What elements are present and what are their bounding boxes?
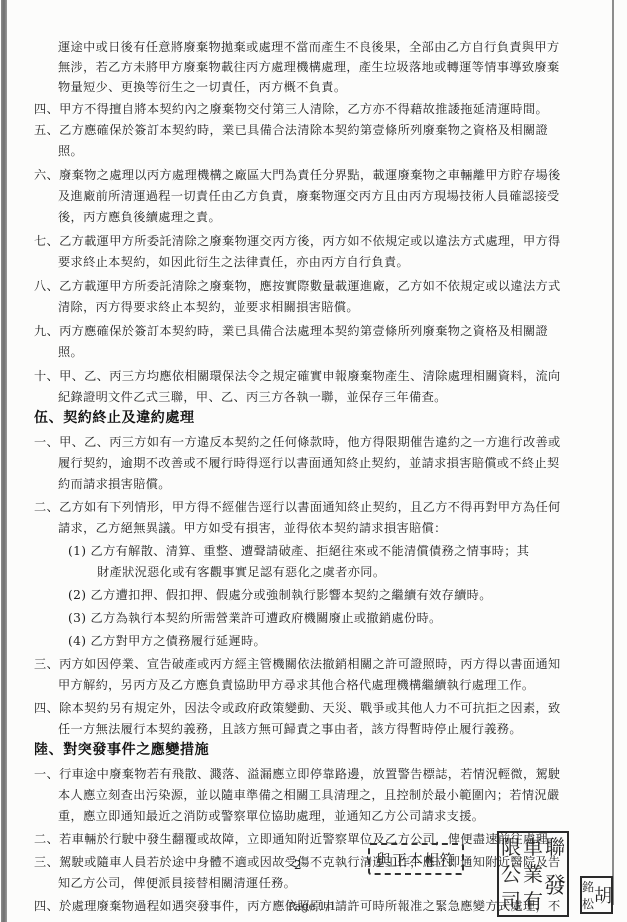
text-line: 本人應立刻查出污染源，並以隨車準備之相關工具清理之，且控制於最小範圍內；若情況嚴 <box>58 787 560 803</box>
text-line: 請求，乙方絕無異議。甲方如受有損害，並得依本契約請求損害賠償： <box>58 520 447 536</box>
text-line: 二、乙方如有下列情形，甲方得不經催告逕行以書面通知終止契約，且乙方不得再對甲方為… <box>34 499 561 515</box>
text-line: 三、丙方如因停業、宣告破產或丙方經主管機關依法撤銷相關之許可證照時，丙方得以書面… <box>34 656 561 672</box>
text-line: 四、甲方不得擅自將本契約內之廢棄物交付第三人清除，乙方亦不得藉故推諉拖延清運時間… <box>34 101 548 117</box>
certified-copy-stamp-text: 與正本相符 <box>376 849 456 870</box>
text-line: 二、若車輛於行駛中發生翻覆或故障，立即通知附近警察單位及乙方公司，俾便盡速前往處… <box>34 831 561 847</box>
scan-right-edge <box>612 0 614 905</box>
text-line: 物量短少、更換等衍生之一切責任，丙方概不負責。 <box>58 79 346 95</box>
text-line: 甲方解約，另丙方及乙方應負責協助甲方尋求其他合格代處理機構繼續執行處理工作。 <box>58 677 534 693</box>
text-line: 照。 <box>58 143 83 159</box>
text-line: 照。 <box>58 344 83 360</box>
page-footer: Page 1/1 <box>288 900 336 913</box>
text-line: 無涉，若乙方未將甲方廢棄物載往丙方處理機構處理，產生垃圾落地或轉運等情事導致廢棄 <box>58 59 560 75</box>
text-line: 清除，丙方得要求終止本契約，並要求相關損害賠償。 <box>58 299 359 315</box>
scan-left-edge <box>1 0 7 922</box>
text-line: (4) 乙方對甲方之債務履行延遲時。 <box>68 633 266 649</box>
text-line: 後，丙方應負後續處理之責。 <box>58 209 221 225</box>
company-seal-char: 司 <box>500 887 522 914</box>
text-line: 八、乙方載運甲方所委託清除之廢棄物，應按實際數量載運進廠，乙方如不依規定或以違法… <box>34 278 561 294</box>
company-seal-char: 公 <box>500 861 522 888</box>
certified-copy-stamp: 與正本相符 <box>368 843 464 875</box>
text-line: 履行契約，逾期不改善或不履行時得逕行以書面通知終止契約，並請求損害賠償或不終止契 <box>58 455 560 471</box>
text-line: (2) 乙方遭扣押、假扣押、假處分或強制執行影響本契約之繼續有效存續時。 <box>68 587 492 603</box>
text-line: 四、除本契約另有規定外，因法令或政府政策變動、天災、戰爭或其他人力不可抗拒之因素… <box>34 700 561 716</box>
page-number: 2 <box>294 858 302 872</box>
text-line: 十、甲、乙、丙三方均應依相關環保法令之規定確實申報廢棄物產生、清除處理相關資料，… <box>34 368 561 384</box>
text-line: (1) 乙方有解散、清算、重整、遭聲請破產、拒絕往來或不能清償債務之情事時；其 <box>68 543 529 559</box>
section-heading: 陸、對突發事件之應變措施 <box>34 742 209 758</box>
personal-seal-char: 銘 <box>582 878 594 895</box>
company-seal-char: 發 <box>544 861 566 914</box>
company-seal-char: 聯 <box>544 834 566 861</box>
document-page: 運途中或日後有任意將廢棄物拋棄或處理不當而產生不良後果，全部由乙方自行負責與甲方… <box>0 0 627 922</box>
company-seal-char: 車 <box>522 834 544 861</box>
text-line: (3) 乙方為執行本契約所需營業許可遭政府機關廢止或撤銷處份時。 <box>68 610 442 626</box>
text-line: 知乙方公司，俾便派員接替相關清運任務。 <box>58 875 296 891</box>
section-heading: 伍、契約終止及違約處理 <box>34 410 195 426</box>
text-line: 一、甲、乙、丙三方如有一方違反本契約之任何條款時，他方得限期催告違約之一方進行改… <box>34 434 561 450</box>
text-line: 約而請求損害賠償。 <box>58 476 171 492</box>
text-line: 運途中或日後有任意將廢棄物拋棄或處理不當而產生不良後果，全部由乙方自行負責與甲方 <box>58 39 560 55</box>
text-line: 紀錄證明文件乙式三聯，甲、乙、丙三方各執一聯，並保存三年備查。 <box>58 389 447 405</box>
text-line: 九、丙方應確保於簽訂本契約時，業已具備合法處理本契約第壹條所列廢棄物之資格及相關… <box>34 323 548 339</box>
company-seal-char: 有 <box>522 887 544 914</box>
text-line: 財產狀況惡化或有客觀事實足認有惡化之虞者亦同。 <box>97 564 385 580</box>
text-line: 七、乙方載運甲方所委託清除之廢棄物運交丙方後，丙方如不依規定或以違法方式處理，甲… <box>34 233 561 249</box>
company-seal-char: 限 <box>500 834 522 861</box>
text-line: 任一方無法履行本契約義務，且該方無可歸責之事由者，該方得暫時停止履行義務。 <box>58 721 522 737</box>
company-seal-stamp: 限公司車業有聯發 <box>497 831 569 917</box>
personal-seal-char: 松 <box>582 895 594 912</box>
personal-seal-char: 胡 <box>594 878 612 912</box>
text-line: 重，應立即通知最近之消防或警察單位協助處理，並通知乙方公司請求支援。 <box>58 808 484 824</box>
text-line: 及進廠前所清運過程一切責任由乙方負責，廢棄物運交丙方且由丙方現場技術人員確認接受 <box>58 188 560 204</box>
company-seal-char: 業 <box>522 861 544 888</box>
personal-seal-stamp: 銘 松 胡 <box>580 876 613 914</box>
text-line: 要求終止本契約，如因此衍生之法律責任，亦由丙方自行負責。 <box>58 254 409 270</box>
text-line: 五、乙方應確保於簽訂本契約時，業已具備合法清除本契約第壹條所列廢棄物之資格及相關… <box>34 122 548 138</box>
text-line: 六、廢棄物之處理以丙方處理機構之廠區大門為責任分界點，載運廢棄物之車輛離甲方貯存… <box>34 167 561 183</box>
text-line: 一、行車途中廢棄物若有飛散、濺落、溢漏應立即停靠路邊，放置警告標誌，若情況輕微，… <box>34 766 561 782</box>
